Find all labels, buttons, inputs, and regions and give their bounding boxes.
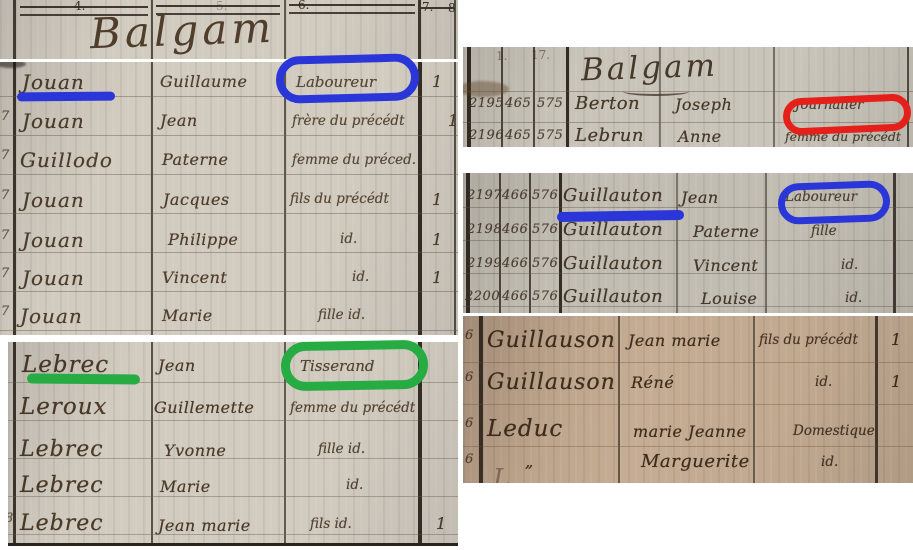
register-row: 7 Jouan Philippe id. 1 [0,228,458,262]
house-number-cell: 466 [502,289,528,304]
relation-cell: fille [811,223,837,239]
relation-cell: id. [340,231,357,247]
register-scan-collage: 4. 5. 6. 7. 8 Balgam Jouan Guillaume Lab… [0,0,913,550]
register-row: 7 Jouan Marie fille id. [0,304,458,335]
surname-cell: Leduc [487,416,563,442]
relation-cell: id. [845,290,862,306]
tally-cell: 1 [891,372,901,391]
relation-cell: id. [352,269,369,285]
given-name-cell: Marie [160,477,211,496]
register-row: Lebrec Yvonne fille id. [8,437,458,471]
scan-fragment-guillauson-block: 6 Guillauson Jean marie fils du précédt … [463,316,913,483]
register-row: 6 „ Marguerite id. [463,452,913,483]
given-name-cell: Louise [701,289,757,308]
surname-ditto-cell: „ [525,452,534,471]
section-title: Balgam [580,48,718,89]
margin-number: 7 [1,148,9,163]
household-number-cell: 576 [532,188,558,203]
column-number: 4. [74,0,85,13]
green-underline-lebrec [27,374,140,385]
household-number-cell: 575 [537,96,563,111]
column-number: 8 [448,1,456,15]
register-row: 7 Jouan Jean frère du précédt 1 [0,109,458,143]
margin-number: 7 [1,266,9,281]
given-name-cell: marie Jeanne [633,422,747,441]
margin-number: 6 [465,370,473,385]
relation-cell: fils du précédt [759,332,858,348]
column-number: 1. [496,49,507,63]
surname-cell: Lebrun [575,125,644,146]
household-number-cell: 576 [532,256,558,271]
partial-flourish: L [493,464,510,483]
relation-cell: id. [346,477,363,493]
relation-cell: femme du précédt [290,400,415,416]
relation-cell: fille id. [318,441,365,457]
column-number: 17. [531,48,550,62]
relation-cell: fils id. [310,516,352,532]
register-row: 6 Guillauson Jean marie fils du précédt … [463,328,913,362]
margin-number: 7 [1,109,9,124]
column-number: 7. [422,0,433,14]
margin-number: 7 [1,228,9,243]
given-name-cell: Jean [158,356,196,375]
blue-box-laboureur-right [777,180,890,225]
house-number-cell: 465 [505,96,531,111]
column-rule [13,0,16,59]
house-number-cell: 466 [502,222,528,237]
scan-fragment-jouan-block: Jouan Guillaume Laboureur 1 7 Jouan Jean… [0,62,458,335]
house-number-cell: 466 [502,256,528,271]
tally-cell: 1 [891,330,901,349]
register-row: Leroux Guillemette femme du précédt [8,394,458,428]
surname-cell: Jouan [20,304,83,328]
surname-cell: Guillauson [487,370,616,395]
blue-underline-jouan [17,92,115,102]
relation-cell: femme du préced. [292,152,416,168]
register-row: 2200 466 576 Guillauton Louise id. [463,289,913,313]
surname-cell: Berton [575,93,640,114]
given-name-cell: Jean marie [628,331,721,350]
given-name-cell: Paterne [162,150,228,169]
surname-cell: Jouan [22,228,85,252]
red-box-journalier [782,93,911,136]
tally-cell: 1 [432,72,442,91]
relation-cell: fils du précédt [290,191,389,207]
given-name-cell: Philippe [168,230,238,249]
surname-cell: Jouan [22,70,85,94]
register-row: 2198 466 576 Guillauton Paterne fille [463,222,913,256]
surname-cell: Guillauson [487,328,616,353]
register-row: 8 Lebrec Jean marie fils id. 1 [8,511,458,545]
relation-cell: id. [821,454,838,470]
house-number-cell: 466 [502,188,528,203]
given-name-cell: Vincent [693,256,758,275]
relation-cell: id. [815,374,832,390]
surname-cell: Guillauton [563,185,663,206]
register-row: 6 Guillauson Réné id. 1 [463,370,913,404]
given-name-cell: Guillaume [160,72,247,91]
column-rule [284,0,286,59]
tally-cell: 1 [432,230,442,249]
order-number-cell: 2200 [465,289,500,304]
household-number-cell: 575 [537,128,563,143]
margin-number: 6 [465,328,473,343]
register-row: 7 Guillodo Paterne femme du préced. [0,148,458,182]
tally-cell: 1 [432,190,442,209]
scan-edge-smudge [0,62,26,68]
tally-cell: 1 [432,268,442,287]
margin-number: 8 [8,511,13,526]
relation-cell: frère du précédt [292,113,405,129]
order-number-cell: 2196 [469,128,504,143]
given-name-cell: Yvonne [164,441,226,460]
tally-cell: 1 [448,111,458,130]
given-name-cell: Paterne [693,222,759,241]
given-name-cell: Jean marie [158,516,251,535]
register-row: 7 Jouan Jacques fils du précédt 1 [0,188,458,222]
given-name-cell: Marie [162,306,213,325]
scan-fragment-left-header: 4. 5. 6. 7. 8 Balgam [0,0,458,59]
household-number-cell: 576 [532,222,558,237]
register-row: 7 Jouan Vincent id. 1 [0,266,458,300]
register-row: 2199 466 576 Guillauton Vincent id. [463,256,913,290]
margin-number: 6 [465,452,473,467]
order-number-cell: 2195 [469,96,504,111]
register-row: 6 Leduc marie Jeanne Domestique [463,416,913,450]
household-number-cell: 576 [532,289,558,304]
relation-cell: id. [841,257,858,273]
given-name-cell: Jacques [163,190,230,209]
blue-box-laboureur-left [275,53,419,104]
order-number-cell: 2198 [467,222,502,237]
relation-cell: fille id. [318,307,365,323]
section-title: Balgam [89,3,276,58]
given-name-cell: Joseph [675,95,732,114]
house-number-cell: 465 [505,128,531,143]
surname-cell: Jouan [22,109,85,133]
given-name-cell: Guillemette [154,398,254,417]
margin-number: 7 [1,304,9,319]
register-row: Lebrec Marie id. [8,473,458,507]
given-name-cell: Jean [160,111,198,130]
surname-cell: Leroux [20,394,108,420]
given-name-cell: Anne [678,127,722,146]
surname-cell: Lebrec [20,437,104,462]
surname-cell: Lebrec [20,511,104,536]
given-name-cell: Réné [631,373,674,392]
column-number: 6. [298,0,309,12]
order-number-cell: 2199 [467,256,502,271]
margin-number: 7 [1,188,9,203]
green-box-occupation [281,340,429,392]
surname-cell: Jouan [22,188,85,212]
surname-cell: Guillauton [563,286,663,307]
surname-cell: Jouan [22,266,85,290]
surname-cell: Lebrec [20,473,104,498]
given-name-cell: Vincent [162,268,227,287]
surname-cell: Guillodo [20,148,113,172]
occupation-cell: Domestique [793,423,875,439]
tally-cell: 1 [436,514,446,533]
given-name-cell: Jean [681,188,719,207]
surname-cell: Guillauton [563,219,663,240]
order-number-cell: 2197 [467,188,502,203]
surname-cell: Guillauton [563,253,663,274]
given-name-cell: Marguerite [641,451,750,472]
margin-number: 6 [465,416,473,431]
